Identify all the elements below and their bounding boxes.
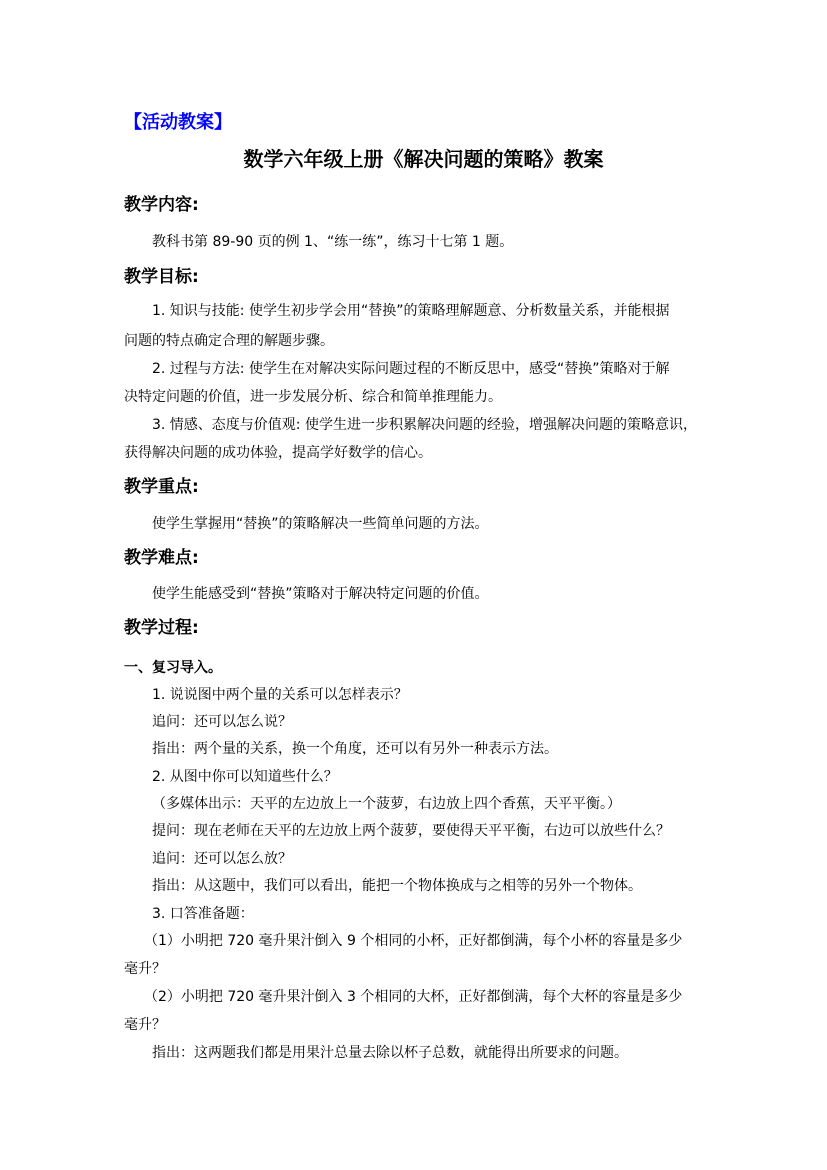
part1-heading: 一、复习导入。	[124, 657, 222, 677]
document-title: 数学六年级上册《解决问题的策略》教案	[0, 143, 827, 172]
heading-difficulties: 教学难点:	[124, 543, 199, 568]
goal-2-line1: 2. 过程与方法: 使学生在对解决实际问题过程的不断反思中，感受“替换”策略对于…	[124, 358, 669, 378]
process-line: 3. 口答准备题：	[124, 903, 254, 923]
question-2-line2: 毫升？	[124, 1014, 166, 1034]
process-line: 提问：现在老师在天平的左边放上两个菠萝，要使得天平平衡，右边可以放些什么？	[124, 820, 670, 840]
question-1-line2: 毫升？	[124, 958, 166, 978]
difficulties-text: 使学生能感受到“替换”策略对于解决特定问题的价值。	[124, 583, 489, 603]
heading-process: 教学过程:	[124, 613, 199, 638]
document-page: 【活动教案】 数学六年级上册《解决问题的策略》教案 教学内容: 教科书第 89-…	[0, 0, 827, 1170]
key-points-text: 使学生掌握用“替换”的策略解决一些简单问题的方法。	[124, 513, 489, 533]
question-2-line1: （2）小明把 720 毫升果汁倒入 3 个相同的大杯，正好都倒满，每个大杯的容量…	[124, 986, 682, 1006]
heading-key-points: 教学重点:	[124, 472, 199, 497]
heading-content: 教学内容:	[124, 190, 199, 215]
goal-3-line1: 3. 情感、态度与价值观: 使学生进一步积累解决问题的经验，增强解决问题的策略意…	[124, 414, 697, 434]
process-line: 追问：还可以怎么放？	[124, 848, 292, 868]
process-line: 追问：还可以怎么说？	[124, 711, 292, 731]
content-text: 教科书第 89-90 页的例 1、“练一练”，练习十七第 1 题。	[124, 231, 513, 251]
goal-1-line1: 1. 知识与技能: 使学生初步学会用“替换”的策略理解题意、分析数量关系，并能根…	[124, 300, 669, 320]
activity-tag: 【活动教案】	[124, 108, 232, 134]
process-line: 1. 说说图中两个量的关系可以怎样表示？	[124, 684, 408, 704]
goal-2-line2: 决特定问题的价值，进一步发展分析、综合和简单推理能力。	[124, 386, 502, 406]
process-line: 2. 从图中你可以知道些什么？	[124, 766, 338, 786]
process-conclusion: 指出：这两题我们都是用果汁总量去除以杯子总数，就能得出所要求的问题。	[124, 1042, 628, 1062]
question-1-line1: （1）小明把 720 毫升果汁倒入 9 个相同的小杯，正好都倒满，每个小杯的容量…	[124, 930, 682, 950]
heading-goals: 教学目标:	[124, 262, 199, 287]
goal-1-line2: 问题的特点确定合理的解题步骤。	[124, 330, 334, 350]
goal-3-line2: 获得解决问题的成功体验，提高学好数学的信心。	[124, 442, 432, 462]
process-line: （多媒体出示：天平的左边放上一个菠萝，右边放上四个香蕉，天平平衡。）	[124, 793, 621, 813]
process-line: 指出：从这题中，我们可以看出，能把一个物体换成与之相等的另外一个物体。	[124, 875, 642, 895]
process-line: 指出：两个量的关系，换一个角度，还可以有另外一种表示方法。	[124, 738, 558, 758]
